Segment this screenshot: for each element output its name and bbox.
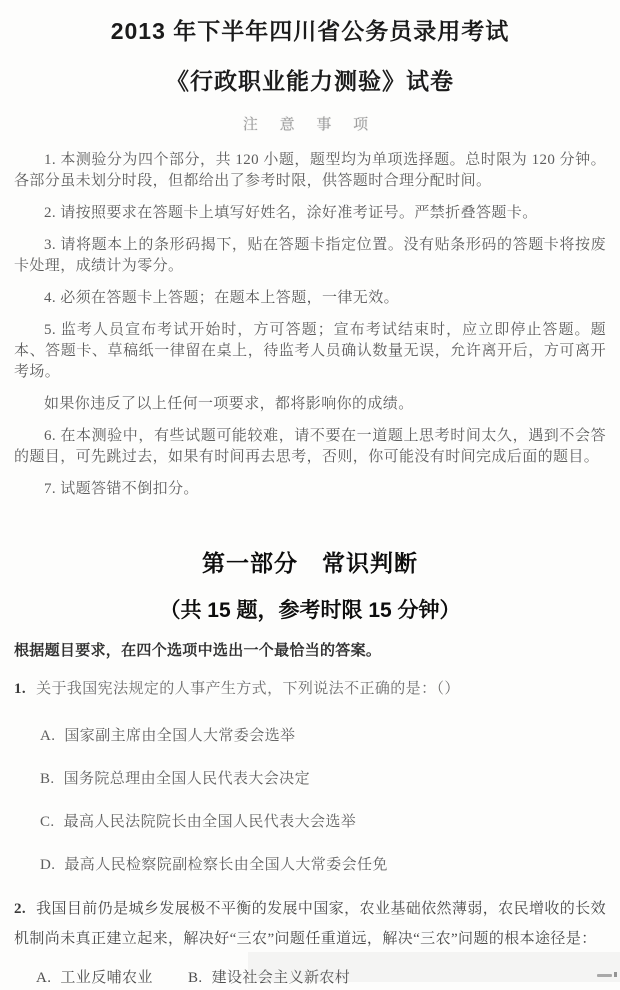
question-1: 1.关于我国宪法规定的人事产生方式，下列说法不正确的是：（） A.国家副主席由全… <box>14 679 606 875</box>
notice-warning: 如果你违反了以上任何一项要求，都将影响你的成绩。 <box>14 394 606 415</box>
option-2b-label: B. <box>188 970 203 986</box>
option-1c-text: 最高人民法院院长由全国人民代表大会选举 <box>64 814 357 830</box>
notice-item-1: 1. 本测验分为四个部分，共 120 小题，题型均为单项选择题。总时限为 120… <box>14 150 606 192</box>
exam-title-line2: 《行政职业能力测验》试卷 <box>14 66 606 96</box>
option-1a: A.国家副主席由全国人大常委会选举 <box>40 726 606 746</box>
notice-header: 注 意 事 项 <box>14 114 606 136</box>
option-1b-label: B. <box>40 771 55 787</box>
notice-item-7: 7. 试题答错不倒扣分。 <box>14 479 606 500</box>
option-2a: A.工业反哺农业 <box>36 968 188 988</box>
scan-artifact-dash <box>597 974 612 977</box>
question-1-number: 1. <box>14 681 26 697</box>
notice-item-5: 5. 监考人员宣布考试开始时，方可答题；宣布考试结束时，应立即停止答题。题本、答… <box>14 320 606 383</box>
option-1d: D.最高人民检察院副检察长由全国人大常委会任免 <box>40 855 606 875</box>
option-1d-label: D. <box>40 857 55 873</box>
question-1-stem: 1.关于我国宪法规定的人事产生方式，下列说法不正确的是：（） <box>14 679 606 699</box>
option-1c-label: C. <box>40 814 55 830</box>
page-content: 2013 年下半年四川省公务员录用考试 《行政职业能力测验》试卷 注 意 事 项… <box>0 0 620 988</box>
section-instruction: 根据题目要求，在四个选项中选出一个最恰当的答案。 <box>14 641 606 661</box>
notice-item-4: 4. 必须在答题卡上答题；在题本上答题，一律无效。 <box>14 288 606 309</box>
option-1a-text: 国家副主席由全国人大常委会选举 <box>64 728 295 744</box>
section-subheading: （共 15 题，参考时限 15 分钟） <box>14 598 606 624</box>
exam-title-line1: 2013 年下半年四川省公务员录用考试 <box>14 16 606 46</box>
option-1d-text: 最高人民检察院副检察长由全国人大常委会任免 <box>64 857 387 873</box>
notice-item-2: 2. 请按照要求在答题卡上填写好姓名，涂好准考证号。严禁折叠答题卡。 <box>14 203 606 224</box>
option-2a-text: 工业反哺农业 <box>60 970 152 986</box>
scan-artifact-dot <box>614 972 617 977</box>
question-2-text: 我国目前仍是城乡发展极不平衡的发展中国家，农业基础依然薄弱，农民增收的长效机制尚… <box>14 901 606 947</box>
question-2-stem: 2.我国目前仍是城乡发展极不平衡的发展中国家，农业基础依然薄弱，农民增收的长效机… <box>14 894 606 954</box>
question-1-options: A.国家副主席由全国人大常委会选举 B.国务院总理由全国人民代表大会决定 C.最… <box>14 726 606 875</box>
section-heading: 第一部分 常识判断 <box>14 549 606 577</box>
option-1b-text: 国务院总理由全国人民代表大会决定 <box>64 771 310 787</box>
option-1b: B.国务院总理由全国人民代表大会决定 <box>40 769 606 789</box>
question-1-text: 关于我国宪法规定的人事产生方式，下列说法不正确的是：（） <box>36 681 460 697</box>
notice-list: 1. 本测验分为四个部分，共 120 小题，题型均为单项选择题。总时限为 120… <box>14 150 606 500</box>
notice-item-3: 3. 请将题本上的条形码揭下，贴在答题卡指定位置。没有贴条形码的答题卡将按废卡处… <box>14 235 606 277</box>
option-1a-label: A. <box>40 728 55 744</box>
notice-item-6: 6. 在本测验中，有些试题可能较难，请不要在一道题上思考时间太久，遇到不会答的题… <box>14 426 606 468</box>
question-2-number: 2. <box>14 901 26 917</box>
option-2a-label: A. <box>36 970 51 986</box>
option-1c: C.最高人民法院院长由全国人民代表大会选举 <box>40 812 606 832</box>
scan-artifact-band <box>248 952 620 982</box>
exam-paper-page: 2013 年下半年四川省公务员录用考试 《行政职业能力测验》试卷 注 意 事 项… <box>0 0 620 990</box>
